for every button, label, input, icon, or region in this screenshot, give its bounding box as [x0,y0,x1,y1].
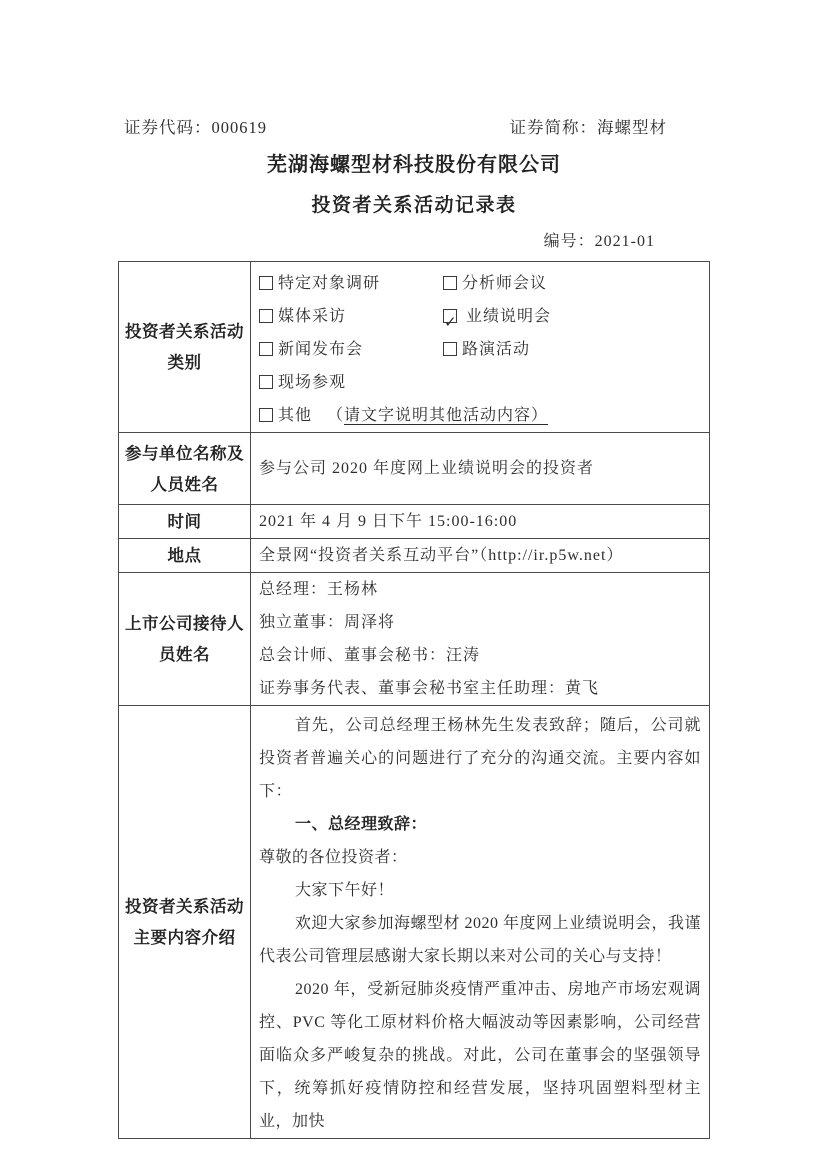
time-value: 2021 年 4 月 9 日下午 15:00-16:00 [251,505,710,539]
checkbox-option: 其他 [259,407,312,424]
checkbox-line: 其他 （请文字说明其他活动内容） [259,399,701,432]
content-paragraph-heading: 一、总经理致辞： [259,808,701,841]
checkbox-option: 现场参观 [259,366,438,399]
host-line: 独立董事：周泽将 [259,606,701,639]
content-paragraph: 2020 年，受新冠肺炎疫情严重冲击、房地产市场宏观调控、PVC 等化工原材料价… [259,973,701,1138]
checkbox-line: 媒体采访 ✓业绩说明会 [259,300,701,333]
securities-info-line: 证券代码：000619 证券简称：海螺型材 [118,117,710,139]
content-paragraph: 首先，公司总经理王杨林先生发表致辞；随后，公司就投资者普遍关心的问题进行了充分的… [259,709,701,808]
page-number: 1 [118,1080,710,1096]
row-place: 地点 全景网“投资者关系互动平台”（http://ir.p5w.net） [119,539,710,573]
main-content-label: 投资者关系活动主要内容介绍 [119,706,251,1139]
document-page: 证券代码：000619 证券简称：海螺型材 芜湖海螺型材科技股份有限公司 投资者… [0,0,827,1169]
place-value: 全景网“投资者关系互动平台”（http://ir.p5w.net） [251,539,710,573]
checkbox-line: 特定对象调研 分析师会议 [259,267,701,300]
checkbox-label: 现场参观 [278,374,346,391]
content-paragraph: 欢迎大家参加海螺型材 2020 年度网上业绩说明会，我谨代表公司管理层感谢大家长… [259,907,701,973]
doc-title: 投资者关系活动记录表 [118,193,710,218]
hosts-label: 上市公司接待人员姓名 [119,573,251,706]
checkbox-line: 新闻发布会 路演活动 [259,333,701,366]
checkbox-option: 媒体采访 [259,300,438,333]
checkbox-option: 分析师会议 [443,275,547,292]
host-line: 证券事务代表、董事会秘书室主任助理：黄飞 [259,672,701,705]
place-label: 地点 [119,539,251,573]
content-paragraph: 尊敬的各位投资者： [259,841,701,874]
checkbox-option-selected: ✓业绩说明会 [443,308,551,325]
activity-type-options: 特定对象调研 分析师会议 媒体采访 ✓业绩说明会 新闻发布会 路演活动 现场参观 [251,262,710,433]
content-paragraph: 大家下午好！ [259,874,701,907]
checkbox-unchecked-icon [259,375,273,389]
note-prefix: （ [327,407,344,424]
checkbox-unchecked-icon [259,276,273,290]
activity-type-label: 投资者关系活动类别 [119,262,251,433]
checkbox-unchecked-icon [259,309,273,323]
checkbox-option: 路演活动 [443,341,530,358]
checkbox-option: 新闻发布会 [259,333,438,366]
document-content: 证券代码：000619 证券简称：海螺型材 芜湖海螺型材科技股份有限公司 投资者… [118,0,710,1139]
main-content-value: 首先，公司总经理王杨林先生发表致辞；随后，公司就投资者普遍关心的问题进行了充分的… [251,706,710,1139]
stock-code-text: 证券代码：000619 [124,117,267,139]
host-line: 总经理：王杨林 [259,573,701,606]
checkbox-unchecked-icon [443,276,457,290]
hosts-value: 总经理：王杨林 独立董事：周泽将 总会计师、董事会秘书：汪涛 证券事务代表、董事… [251,573,710,706]
row-time: 时间 2021 年 4 月 9 日下午 15:00-16:00 [119,505,710,539]
checkbox-label: 媒体采访 [278,308,346,325]
checkbox-unchecked-icon [259,408,273,422]
checkbox-unchecked-icon [259,342,273,356]
checkbox-label: 其他 [278,407,312,424]
record-table: 投资者关系活动类别 特定对象调研 分析师会议 媒体采访 ✓业绩说明会 新闻发布会… [118,261,710,1139]
row-main-content: 投资者关系活动主要内容介绍 首先，公司总经理王杨林先生发表致辞；随后，公司就投资… [119,706,710,1139]
stock-abbr-text: 证券简称：海螺型材 [510,117,668,139]
checkbox-label: 新闻发布会 [278,341,363,358]
row-hosts: 上市公司接待人员姓名 总经理：王杨林 独立董事：周泽将 总会计师、董事会秘书：汪… [119,573,710,706]
checkbox-checked-icon: ✓ [443,309,457,323]
checkbox-option: 特定对象调研 [259,267,438,300]
other-activity-note: （请文字说明其他活动内容） [327,407,548,424]
checkbox-unchecked-icon [443,342,457,356]
participants-label: 参与单位名称及人员姓名 [119,433,251,505]
checkbox-label: 特定对象调研 [278,275,380,292]
checkbox-line: 现场参观 [259,366,701,399]
participants-value: 参与公司 2020 年度网上业绩说明会的投资者 [251,433,710,505]
row-activity-type: 投资者关系活动类别 特定对象调研 分析师会议 媒体采访 ✓业绩说明会 新闻发布会… [119,262,710,433]
note-underlined-text: 请文字说明其他活动内容） [344,407,548,424]
checkbox-label: 分析师会议 [462,275,547,292]
host-line: 总会计师、董事会秘书：汪涛 [259,639,701,672]
doc-number: 编号：2021-01 [118,231,710,253]
row-participants: 参与单位名称及人员姓名 参与公司 2020 年度网上业绩说明会的投资者 [119,433,710,505]
checkbox-label: 业绩说明会 [466,308,551,325]
checkbox-label: 路演活动 [462,341,530,358]
company-name: 芜湖海螺型材科技股份有限公司 [118,152,710,178]
check-icon: ✓ [444,306,457,339]
time-label: 时间 [119,505,251,539]
